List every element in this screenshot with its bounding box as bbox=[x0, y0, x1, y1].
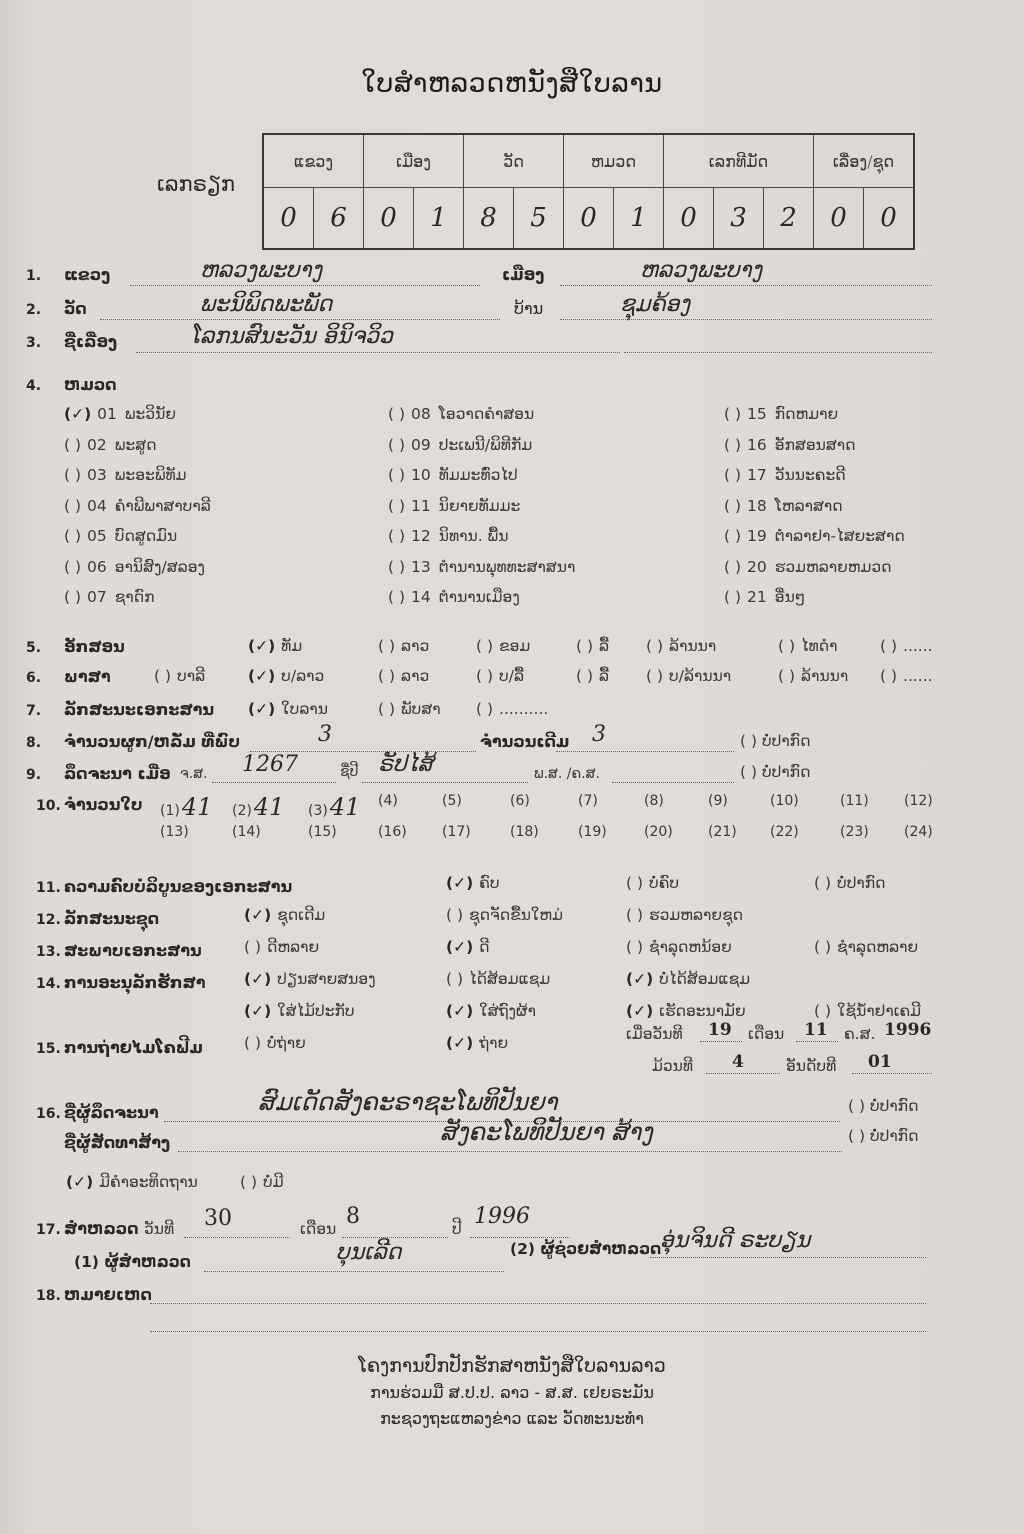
survey-month-dots bbox=[342, 1236, 448, 1238]
leaf-count-slot[interactable]: (14) bbox=[232, 824, 261, 840]
option-code: 20 bbox=[747, 558, 767, 576]
reel-dots bbox=[706, 1072, 780, 1074]
leaf-slot-number: (17) bbox=[442, 824, 471, 840]
empty-checkbox-icon: ( ) bbox=[446, 906, 463, 924]
option-label: ຂອມ bbox=[499, 637, 530, 655]
story-dots-2 bbox=[624, 351, 932, 353]
option-label: ບ/ລື້ bbox=[499, 667, 524, 685]
option-label: ຖ່າຍ bbox=[479, 1034, 508, 1052]
option-checkbox[interactable]: ( )ໄທດຳ bbox=[778, 637, 838, 655]
leaf-count-slot[interactable]: (22) bbox=[770, 824, 799, 840]
year-name-label: ຊື່ປີ bbox=[340, 764, 358, 780]
option-checkbox[interactable]: ( )08ໂອວາດຄຳສອນ bbox=[388, 405, 534, 423]
empty-checkbox-icon: ( ) bbox=[724, 436, 741, 454]
empty-checkbox-icon: ( ) bbox=[64, 558, 81, 576]
empty-checkbox-icon: ( ) bbox=[814, 874, 831, 892]
option-label: ບໍ່ປາກົດ bbox=[837, 874, 886, 892]
option-checkbox[interactable]: ( )14ຕຳນານເມືອງ bbox=[388, 588, 520, 606]
village-field[interactable]: ຊຸມຄ້ອງ bbox=[620, 292, 690, 317]
leaf-slot-number: (16) bbox=[378, 824, 407, 840]
registry-col-category: ຫມວດ bbox=[564, 134, 664, 188]
checkmark-icon: (✓) bbox=[446, 1002, 473, 1020]
province-label: ແຂວງ bbox=[64, 265, 110, 284]
leaf-slot-number: (11) bbox=[840, 793, 869, 809]
registry-digit[interactable]: 2 bbox=[764, 188, 814, 250]
leaf-count-slot[interactable]: (4) bbox=[378, 793, 398, 809]
registry-digit[interactable]: 0 bbox=[664, 188, 714, 250]
option-checkbox[interactable]: ( )15ກົດຫມາຍ bbox=[724, 405, 838, 423]
option-checkbox[interactable]: ( )ບໍ່ຖ່າຍ bbox=[244, 1034, 306, 1052]
option-code: 11 bbox=[411, 497, 431, 515]
empty-checkbox-icon: ( ) bbox=[476, 637, 493, 655]
microfilm-month-field[interactable]: 11 bbox=[804, 1020, 828, 1040]
leaf-count-slot[interactable]: (15) bbox=[308, 824, 337, 840]
option-label: ອື່ນໆ bbox=[775, 588, 805, 606]
option-label: ...... bbox=[903, 667, 933, 685]
option-checkbox[interactable]: ( )ບໍ່ຄົບ bbox=[626, 874, 679, 892]
empty-checkbox-icon: ( ) bbox=[64, 466, 81, 484]
option-label: ຊຸດເດີມ bbox=[277, 906, 325, 924]
option-checkbox[interactable]: ( )ໄດ້ສ້ອມແຊມ bbox=[446, 970, 550, 988]
empty-checkbox-icon: ( ) bbox=[476, 700, 493, 718]
option-label: ບ/ລ້ານນາ bbox=[669, 667, 731, 685]
item-number: 11. bbox=[36, 880, 61, 896]
option-checkbox[interactable]: ( )ພັບສາ bbox=[378, 700, 441, 718]
option-label: ບາລີ bbox=[177, 667, 205, 685]
empty-checkbox-icon: ( ) bbox=[880, 667, 897, 685]
option-label: ...... bbox=[903, 637, 933, 655]
option-code: 06 bbox=[87, 558, 107, 576]
empty-checkbox-icon: ( ) bbox=[778, 667, 795, 685]
surveyor-field[interactable]: ບຸນເລີດ bbox=[336, 1240, 402, 1265]
written-label: ລຶດຈະນາ ເມື່ອ bbox=[64, 764, 171, 783]
survey-month-label: ເດືອນ bbox=[300, 1220, 336, 1238]
registry-col-bundle-no: ເລກທີມັດ bbox=[664, 134, 814, 188]
era-dots bbox=[212, 781, 336, 783]
microfilm-year-field[interactable]: 1996 bbox=[884, 1020, 931, 1040]
registry-col-temple: ວັດ bbox=[464, 134, 564, 188]
item-number: 5. bbox=[26, 640, 41, 656]
village-label: ບ້ານ bbox=[514, 299, 543, 318]
option-label: ຊຳລຸດຫນ້ອຍ bbox=[649, 938, 732, 956]
option-checkbox[interactable]: ( )02ພະສູດ bbox=[64, 436, 156, 454]
option-checkbox[interactable]: (✓)ດີ bbox=[446, 938, 490, 956]
item-number: 10. bbox=[36, 798, 61, 814]
survey-year-label: ປີ bbox=[452, 1220, 462, 1238]
option-label: ຄຳພີພາສາບາລີ bbox=[115, 497, 211, 515]
doc-type-label: ລັກສະນະເອກະສານ bbox=[64, 700, 214, 719]
leaf-count-slot[interactable]: (2)41 bbox=[232, 793, 284, 821]
leaf-count-slot[interactable]: (23) bbox=[840, 824, 869, 840]
checkmark-icon: (✓) bbox=[244, 1002, 271, 1020]
leaf-slot-number: (5) bbox=[442, 793, 462, 809]
leaf-count-slot[interactable]: (9) bbox=[708, 793, 728, 809]
script-label: ອັກສອນ bbox=[64, 637, 125, 656]
option-checkbox[interactable]: ( )12ນິທານ. ພື້ນ bbox=[388, 527, 508, 545]
survey-day-field[interactable]: 30 bbox=[204, 1206, 232, 1231]
option-checkbox[interactable]: ( )...... bbox=[880, 637, 933, 655]
alt-era-dots bbox=[612, 781, 734, 783]
registry-digit[interactable]: 0 bbox=[864, 188, 915, 250]
empty-checkbox-icon: ( ) bbox=[446, 970, 463, 988]
leaf-count-slot[interactable]: (21) bbox=[708, 824, 737, 840]
bundles-orig-field[interactable]: 3 bbox=[592, 722, 606, 747]
option-code: 16 bbox=[747, 436, 767, 454]
option-label: ລາວ bbox=[401, 637, 429, 655]
item-number: 17. bbox=[36, 1222, 61, 1238]
option-checkbox[interactable]: ( )06ອານິສົງ/ສລອງ bbox=[64, 558, 205, 576]
empty-checkbox-icon: ( ) bbox=[778, 637, 795, 655]
leaf-count-slot[interactable]: (10) bbox=[770, 793, 799, 809]
registry-digit[interactable]: 1 bbox=[414, 188, 464, 250]
condition-label: ສະພາບເອກະສານ bbox=[64, 941, 202, 960]
empty-checkbox-icon: ( ) bbox=[244, 938, 261, 956]
option-label: ນິທານ. ພື້ນ bbox=[439, 527, 509, 545]
sequence-field[interactable]: 01 bbox=[868, 1052, 892, 1072]
option-label: ບ/ລາວ bbox=[281, 667, 324, 685]
option-code: 09 bbox=[411, 436, 431, 454]
registry-col-district: ເມືອງ bbox=[364, 134, 464, 188]
survey-year-dots bbox=[470, 1236, 570, 1238]
empty-checkbox-icon: ( ) bbox=[378, 700, 395, 718]
option-label: ປະເພນີ/ພິທີກັມ bbox=[439, 436, 532, 454]
sponsor-label: ຊື່ຜູ້ສັດທາສ້າງ bbox=[64, 1133, 170, 1152]
option-code: 08 bbox=[411, 405, 431, 423]
option-label: ໄດ້ສ້ອມແຊມ bbox=[469, 970, 550, 988]
leaf-slot-number: (10) bbox=[770, 793, 799, 809]
option-checkbox[interactable]: (✓)ບໍ່ໄດ້ສ້ອມແຊມ bbox=[626, 970, 750, 988]
option-checkbox[interactable]: ( )16ອັກສອນສາດ bbox=[724, 436, 856, 454]
registry-digit[interactable]: 6 bbox=[314, 188, 364, 250]
registry-digit[interactable]: 0 bbox=[814, 188, 864, 250]
registry-digit[interactable]: 0 bbox=[364, 188, 414, 250]
leaf-slot-number: (7) bbox=[578, 793, 598, 809]
option-label: ຕຳລາຢາ-ໄສຍະສາດ bbox=[775, 527, 905, 545]
option-label: ໃສ່ໄມ້ປະກັບ bbox=[277, 1002, 354, 1020]
registry-digit[interactable]: 3 bbox=[714, 188, 764, 250]
registry-digit[interactable]: 1 bbox=[614, 188, 664, 250]
province-field[interactable]: ຫລວງພະບາງ bbox=[200, 258, 322, 283]
leaf-count-slot[interactable]: (16) bbox=[378, 824, 407, 840]
option-checkbox[interactable]: ( )03ພະອະພິທັມ bbox=[64, 466, 187, 484]
leaf-slot-number: (1) bbox=[160, 803, 180, 819]
survey-year-field[interactable]: 1996 bbox=[474, 1204, 530, 1229]
option-checkbox[interactable]: ( )17ວັນນະຄະດີ bbox=[724, 466, 846, 484]
leaf-slot-number: (22) bbox=[770, 824, 799, 840]
option-checkbox[interactable]: ( )07ຊາດົກ bbox=[64, 588, 154, 606]
option-checkbox[interactable]: (✓)ທັມ bbox=[248, 637, 302, 655]
empty-checkbox-icon: ( ) bbox=[724, 527, 741, 545]
empty-checkbox-icon: ( ) bbox=[476, 667, 493, 685]
leaf-count-slot[interactable]: (18) bbox=[510, 824, 539, 840]
option-checkbox[interactable]: ( )13ຕຳນານພຸທທະສາສນາ bbox=[388, 558, 575, 576]
option-label: ຄົບ bbox=[479, 874, 499, 892]
temple-dots bbox=[100, 318, 500, 320]
option-label: ຮວມຫລາຍຫມວດ bbox=[775, 558, 892, 576]
leaf-count-slot[interactable]: (19) bbox=[578, 824, 607, 840]
option-checkbox[interactable]: (✓)ປຽນສາຍສນອງ bbox=[244, 970, 376, 988]
assistant-label: (2) ຜູ້ຊ່ວຍສຳຫລວດ bbox=[510, 1240, 661, 1258]
leaf-slot-number: (12) bbox=[904, 793, 933, 809]
item-number: 13. bbox=[36, 944, 61, 960]
bundles-unknown-checkbox[interactable]: ( ) ບໍ່ປາກົດ bbox=[740, 732, 810, 750]
sponsor-field[interactable]: ສັງຄະໂພທິປັນຍາ ສ້າງ bbox=[440, 1118, 653, 1146]
option-checkbox[interactable]: ( )18ໂຫລາສາດ bbox=[724, 497, 843, 515]
leaf-count-slot[interactable]: (20) bbox=[644, 824, 673, 840]
option-checkbox[interactable]: ( )ຊຳລຸດຫນ້ອຍ bbox=[626, 938, 732, 956]
leaf-count-slot[interactable]: (5) bbox=[442, 793, 462, 809]
footer-project: ໂຄງການປົກປັກຮັກສາຫນັງສືໃບລານລາວ bbox=[0, 1355, 1024, 1377]
option-checkbox[interactable]: ( )ລ້ານນາ bbox=[646, 637, 716, 655]
checkmark-icon: (✓) bbox=[446, 874, 473, 892]
temple-field[interactable]: ພະນິພິດພະພັດ bbox=[200, 292, 332, 317]
registry-digit[interactable]: 0 bbox=[564, 188, 614, 250]
option-checkbox[interactable]: ( )ບ/ລື້ bbox=[476, 667, 524, 685]
form-title: ໃບສຳຫລວດຫນັງສືໃບລານ bbox=[0, 68, 1024, 99]
story-dots bbox=[136, 351, 620, 353]
microfilm-label: ການຖ່າຍໄມໂຄຟີມ bbox=[64, 1038, 203, 1057]
survey-label: ສຳຫລວດ bbox=[64, 1219, 138, 1238]
microfilm-month-label: ເດືອນ bbox=[748, 1025, 784, 1043]
option-label: ໃຊ້ນ້ຳຢາເຄມີ bbox=[837, 1002, 921, 1020]
option-checkbox[interactable]: ( )ລາວ bbox=[378, 637, 429, 655]
option-label: ບົດສູດມົນ bbox=[115, 527, 177, 545]
item-number: 6. bbox=[26, 670, 41, 686]
option-checkbox[interactable]: (✓)ຄົບ bbox=[446, 874, 500, 892]
empty-checkbox-icon: ( ) bbox=[814, 1002, 831, 1020]
option-checkbox[interactable]: ( )11ນິຍາຍທັມມະ bbox=[388, 497, 520, 515]
option-checkbox[interactable]: (✓)ຖ່າຍ bbox=[446, 1034, 508, 1052]
option-checkbox[interactable]: (✓)ຊຸດເດີມ bbox=[244, 906, 325, 924]
bundles-found-label: ຈຳນວນຜູກ/ຫລັ່ມ ທີ່ພົບ bbox=[64, 732, 240, 751]
option-code: 02 bbox=[87, 436, 107, 454]
option-code: 13 bbox=[411, 558, 431, 576]
empty-checkbox-icon: ( ) bbox=[388, 497, 405, 515]
option-label: ບໍ່ມີ bbox=[263, 1173, 284, 1191]
option-checkbox[interactable]: ( )ດີຫລາຍ bbox=[244, 938, 319, 956]
option-checkbox[interactable]: ( )10ທັມມະທົ່ວໄປ bbox=[388, 466, 518, 484]
option-label: ລ້ານນາ bbox=[801, 667, 848, 685]
option-label: ປຽນສາຍສນອງ bbox=[277, 970, 375, 988]
option-label: ອານິສົງ/ສລອງ bbox=[115, 558, 205, 576]
category-label: ຫມວດ bbox=[64, 375, 117, 394]
story-title-field[interactable]: ໂລກນສົນະວັນ ອິນິຈວິວ bbox=[190, 324, 393, 349]
reel-label: ມ້ວນທີ bbox=[652, 1057, 693, 1075]
item-number: 9. bbox=[26, 767, 41, 783]
registry-code-table: ແຂວງ ເມືອງ ວັດ ຫມວດ ເລກທີມັດ ເລື່ອງ/ຊຸດ … bbox=[262, 133, 915, 250]
surveyor-label: (1) ຜູ້ສຳຫລວດ bbox=[74, 1253, 191, 1271]
option-checkbox[interactable]: ( )ບໍ່ມີ bbox=[240, 1173, 284, 1191]
checkmark-icon: (✓) bbox=[626, 1002, 653, 1020]
footer-ministry: ກະຊວງຖະແຫລງຂ່າວ ແລະ ວັດທະນະທຳ bbox=[0, 1409, 1024, 1428]
option-label: ບໍ່ໄດ້ສ້ອມແຊມ bbox=[659, 970, 750, 988]
microfilm-day-field[interactable]: 19 bbox=[708, 1020, 732, 1040]
leaf-slot-number: (13) bbox=[160, 824, 189, 840]
option-label: ກົດຫມາຍ bbox=[775, 405, 838, 423]
option-checkbox[interactable]: ( )ບາລີ bbox=[154, 667, 205, 685]
empty-checkbox-icon: ( ) bbox=[378, 667, 395, 685]
empty-checkbox-icon: ( ) bbox=[244, 1034, 261, 1052]
option-code: 05 bbox=[87, 527, 107, 545]
microfilm-year-label: ຄ.ສ. bbox=[844, 1025, 875, 1043]
remarks-field-line-2[interactable] bbox=[150, 1330, 926, 1332]
district-label: ເມືອງ bbox=[502, 265, 544, 284]
empty-checkbox-icon: ( ) bbox=[388, 558, 405, 576]
leaf-slot-number: (20) bbox=[644, 824, 673, 840]
empty-checkbox-icon: ( ) bbox=[388, 527, 405, 545]
option-checkbox[interactable]: ( )ໃຊ້ນ້ຳຢາເຄມີ bbox=[814, 1002, 921, 1020]
empty-checkbox-icon: ( ) bbox=[814, 938, 831, 956]
empty-checkbox-icon: ( ) bbox=[880, 637, 897, 655]
year-name-field[interactable]: ຣັປໄສ້ bbox=[378, 752, 433, 777]
assistant-field[interactable]: ອຸ່ນຈິນດີ ຣະບຽນ bbox=[660, 1228, 810, 1253]
option-checkbox[interactable]: ( )ບໍ່ປາກົດ bbox=[814, 874, 886, 892]
option-checkbox[interactable]: ( )ລື້ bbox=[576, 637, 609, 655]
microfilm-date-label: ເມື່ອວັນທີ bbox=[626, 1025, 683, 1043]
option-checkbox[interactable]: ( )ຊຸດຈັດຂື້ນໃຫມ່ bbox=[446, 906, 563, 924]
option-code: 04 bbox=[87, 497, 107, 515]
option-label: ທັມ bbox=[281, 637, 302, 655]
option-checkbox[interactable]: ( ).......... bbox=[476, 700, 548, 718]
leaf-count-slot[interactable]: (6) bbox=[510, 793, 530, 809]
option-code: 10 bbox=[411, 466, 431, 484]
leaf-count-slot[interactable]: (17) bbox=[442, 824, 471, 840]
option-checkbox[interactable]: ( )20ຮວມຫລາຍຫມວດ bbox=[724, 558, 892, 576]
leaf-slot-number: (24) bbox=[904, 824, 933, 840]
empty-checkbox-icon: ( ) bbox=[724, 497, 741, 515]
leaf-count-slot[interactable]: (12) bbox=[904, 793, 933, 809]
leaf-count-slot[interactable]: (11) bbox=[840, 793, 869, 809]
option-label: ດີ bbox=[479, 938, 489, 956]
scribe-label: ຊື່ຜູ້ລຶດຈະນາ bbox=[64, 1103, 159, 1122]
microfilm-month-dots bbox=[796, 1040, 838, 1042]
empty-checkbox-icon: ( ) bbox=[64, 436, 81, 454]
option-label: ດີຫລາຍ bbox=[267, 938, 319, 956]
item-number: 2. bbox=[26, 302, 41, 318]
sponsor-unknown-checkbox[interactable]: ( ) ບໍ່ປາກົດ bbox=[848, 1127, 918, 1145]
province-dots bbox=[130, 284, 480, 286]
option-checkbox[interactable]: (✓)ໃສ່ໄມ້ປະກັບ bbox=[244, 1002, 355, 1020]
item-number: 18. bbox=[36, 1288, 61, 1304]
remarks-label: ຫມາຍເຫດ bbox=[64, 1285, 152, 1304]
checkmark-icon: (✓) bbox=[248, 667, 275, 685]
option-checkbox[interactable]: (✓)ໃສ່ຖົງຜ້າ bbox=[446, 1002, 536, 1020]
option-label: ໄທດຳ bbox=[801, 637, 838, 655]
option-checkbox[interactable]: ( )...... bbox=[880, 667, 933, 685]
leaf-count-value: 41 bbox=[182, 793, 213, 821]
option-checkbox[interactable]: (✓)ບ/ລາວ bbox=[248, 667, 324, 685]
bundles-found-field[interactable]: 3 bbox=[318, 722, 332, 747]
empty-checkbox-icon: ( ) bbox=[646, 637, 663, 655]
registry-digit[interactable]: 5 bbox=[514, 188, 564, 250]
sponsor-dots bbox=[178, 1150, 842, 1152]
option-label: ຕຳນານພຸທທະສາສນາ bbox=[439, 558, 576, 576]
district-field[interactable]: ຫລວງພະບາງ bbox=[640, 258, 762, 283]
leaf-count-slot[interactable]: (1)41 bbox=[160, 793, 212, 821]
leaf-count-slot[interactable]: (13) bbox=[160, 824, 189, 840]
checkmark-icon: (✓) bbox=[446, 938, 473, 956]
option-code: 07 bbox=[87, 588, 107, 606]
option-checkbox[interactable]: ( )05ບົດສູດມົນ bbox=[64, 527, 177, 545]
checkmark-icon: (✓) bbox=[248, 700, 275, 718]
option-checkbox[interactable]: ( )ລ້ານນາ bbox=[778, 667, 848, 685]
option-label: ໃສ່ຖົງຜ້າ bbox=[479, 1002, 536, 1020]
leaf-slot-number: (21) bbox=[708, 824, 737, 840]
leaf-count-slot[interactable]: (8) bbox=[644, 793, 664, 809]
remarks-field[interactable] bbox=[150, 1302, 926, 1304]
option-label: .......... bbox=[499, 700, 548, 718]
leaf-count-slot[interactable]: (7) bbox=[578, 793, 598, 809]
registry-digit[interactable]: 0 bbox=[263, 188, 314, 250]
empty-checkbox-icon: ( ) bbox=[724, 466, 741, 484]
option-checkbox[interactable]: (✓)ມີຄຳອະທິດຖານ bbox=[66, 1173, 198, 1191]
option-checkbox[interactable]: ( )21ອື່ນໆ bbox=[724, 588, 805, 606]
option-checkbox[interactable]: ( )ຂອມ bbox=[476, 637, 530, 655]
option-code: 17 bbox=[747, 466, 767, 484]
option-label: ລາວ bbox=[401, 667, 429, 685]
option-checkbox[interactable]: ( )04ຄຳພີພາສາບາລີ bbox=[64, 497, 211, 515]
empty-checkbox-icon: ( ) bbox=[154, 667, 171, 685]
option-checkbox[interactable]: (✓)ເຮັດອະນາມັຍ bbox=[626, 1002, 746, 1020]
option-checkbox[interactable]: ( )ລື້ bbox=[576, 667, 609, 685]
leaf-slot-number: (15) bbox=[308, 824, 337, 840]
option-checkbox[interactable]: ( )ຊຳລຸດຫລາຍ bbox=[814, 938, 918, 956]
option-label: ເຮັດອະນາມັຍ bbox=[659, 1002, 746, 1020]
item-number: 14. bbox=[36, 976, 61, 992]
scribe-field[interactable]: ສົມເດັດສັງຄະຣາຊະໂພທິປັນຍາ bbox=[258, 1088, 557, 1116]
empty-checkbox-icon: ( ) bbox=[388, 405, 405, 423]
option-checkbox[interactable]: (✓)01ພະວິນັຍ bbox=[64, 405, 176, 423]
item-number: 12. bbox=[36, 912, 61, 928]
option-label: ຊຸດຈັດຂື້ນໃຫມ່ bbox=[469, 906, 563, 924]
option-label: ລື້ bbox=[599, 637, 609, 655]
survey-day-dots bbox=[184, 1236, 290, 1238]
option-checkbox[interactable]: ( )ຮວມຫລາຍຊຸດ bbox=[626, 906, 743, 924]
empty-checkbox-icon: ( ) bbox=[378, 637, 395, 655]
checkmark-icon: (✓) bbox=[66, 1173, 93, 1191]
set-type-label: ລັກສະນະຊຸດ bbox=[64, 909, 159, 928]
empty-checkbox-icon: ( ) bbox=[64, 497, 81, 515]
surveyor-dots bbox=[204, 1270, 504, 1272]
empty-checkbox-icon: ( ) bbox=[64, 588, 81, 606]
leaf-slot-number: (23) bbox=[840, 824, 869, 840]
option-checkbox[interactable]: ( )ບ/ລ້ານນາ bbox=[646, 667, 731, 685]
leaf-count-slot[interactable]: (3)41 bbox=[308, 793, 360, 821]
leaf-slot-number: (6) bbox=[510, 793, 530, 809]
story-title-label: ຊື່ເລື່ອງ bbox=[64, 332, 117, 351]
option-code: 18 bbox=[747, 497, 767, 515]
registry-digit[interactable]: 8 bbox=[464, 188, 514, 250]
option-checkbox[interactable]: ( )19ຕຳລາຢາ-ໄສຍະສາດ bbox=[724, 527, 905, 545]
scribe-unknown-checkbox[interactable]: ( ) ບໍ່ປາກົດ bbox=[848, 1097, 918, 1115]
year-name-dots bbox=[362, 781, 528, 783]
survey-month-field[interactable]: 8 bbox=[346, 1204, 360, 1229]
reel-field[interactable]: 4 bbox=[732, 1052, 744, 1072]
option-checkbox[interactable]: ( )09ປະເພນີ/ພິທີກັມ bbox=[388, 436, 532, 454]
option-checkbox[interactable]: ( )ລາວ bbox=[378, 667, 429, 685]
survey-day-label: ວັນທີ bbox=[144, 1220, 174, 1238]
written-unknown-checkbox[interactable]: ( ) ບໍ່ປາກົດ bbox=[740, 763, 810, 781]
footer-cooperation: ການຮ່ວມມື ສ.ປ.ປ. ລາວ - ສ.ສ. ເຢຍຣະມັນ bbox=[0, 1383, 1024, 1402]
option-label: ວັນນະຄະດີ bbox=[775, 466, 846, 484]
era-year-field[interactable]: 1267 bbox=[242, 752, 298, 777]
empty-checkbox-icon: ( ) bbox=[724, 558, 741, 576]
village-dots bbox=[560, 318, 932, 320]
option-label: ຊຳລຸດຫລາຍ bbox=[837, 938, 918, 956]
option-label: ລື້ bbox=[599, 667, 609, 685]
option-checkbox[interactable]: (✓)ໃບລານ bbox=[248, 700, 328, 718]
leaf-count-slot[interactable]: (24) bbox=[904, 824, 933, 840]
